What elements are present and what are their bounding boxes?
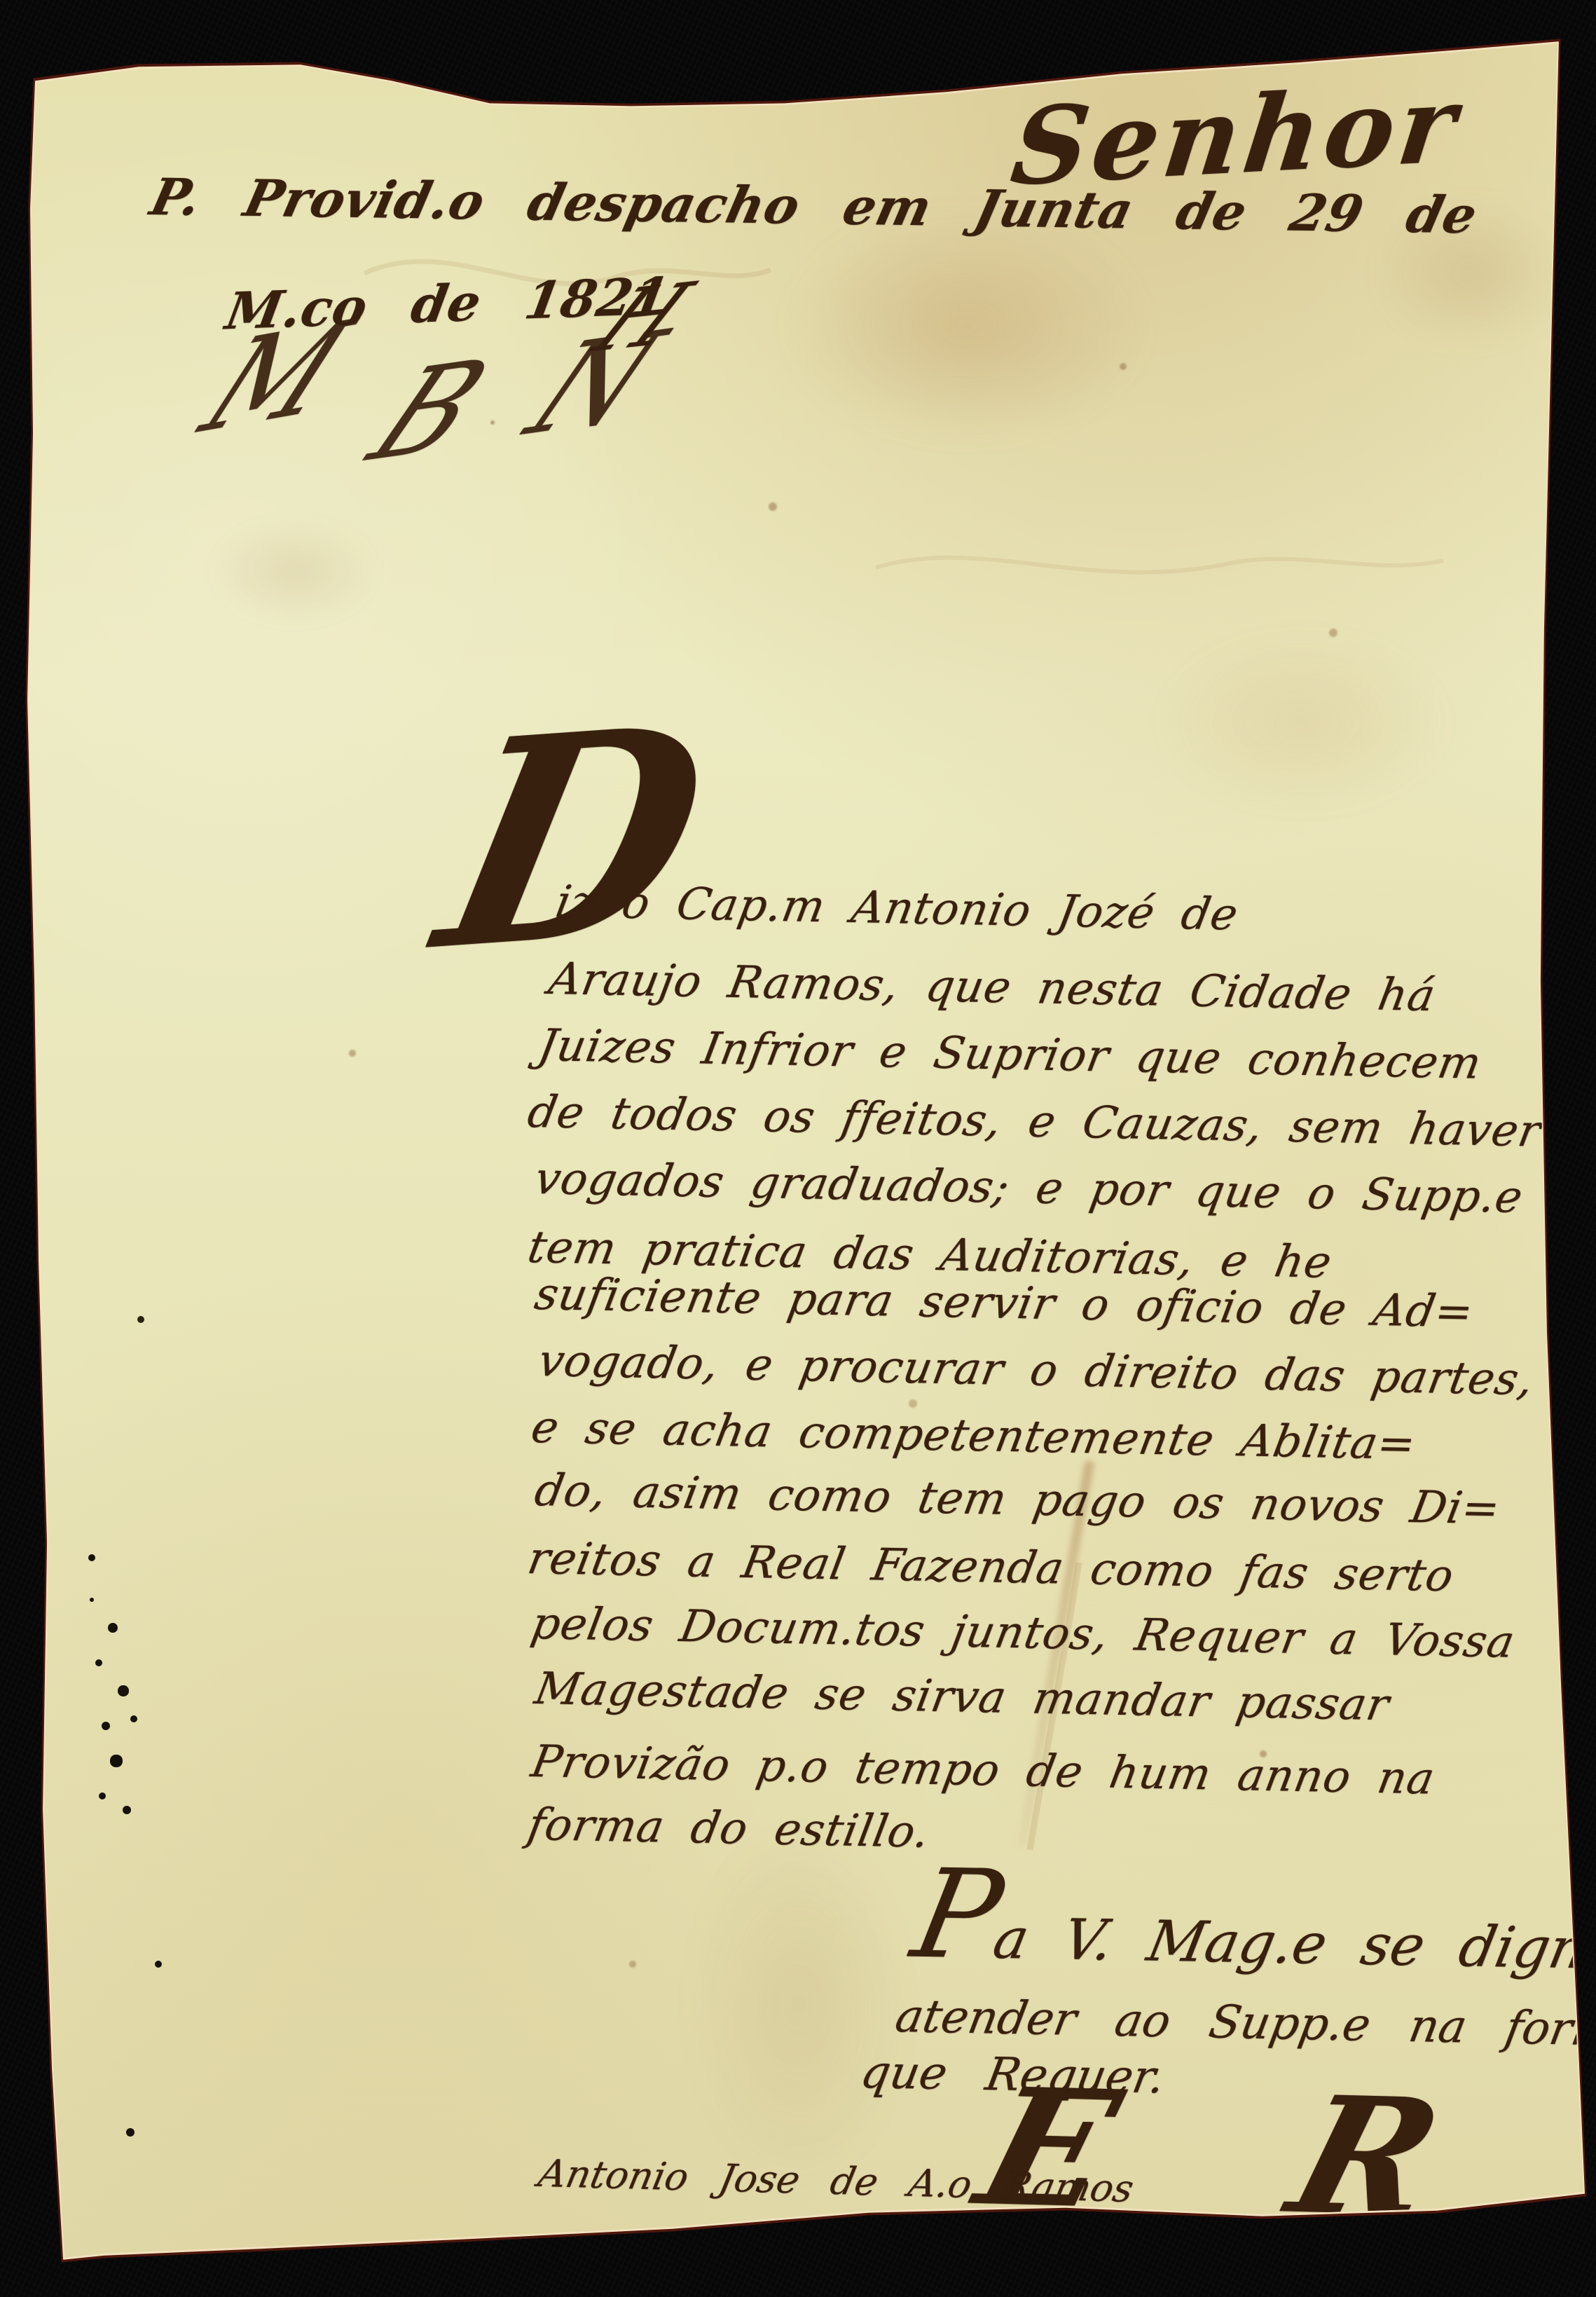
manuscript-paper: P. Provid.o despacho em Junta de 29 de M… bbox=[0, 0, 1596, 2297]
photo-background: P. Provid.o despacho em Junta de 29 de M… bbox=[0, 0, 1596, 2297]
erm-monogram: E R M bbox=[965, 2067, 1596, 2250]
petition-line: forma do estillo. bbox=[525, 1802, 933, 1854]
ink-specks bbox=[90, 1598, 94, 1602]
closing-line-2: atender ao Supp.e na forma bbox=[892, 1994, 1596, 2053]
closing-line-1: Pa V. Mag.e se digne bbox=[904, 1853, 1596, 1988]
petition-line: iz o Cap.m Antonio Jozé de bbox=[553, 879, 1242, 936]
salutation: Senhor bbox=[1006, 71, 1465, 201]
fox-spots bbox=[490, 420, 495, 425]
